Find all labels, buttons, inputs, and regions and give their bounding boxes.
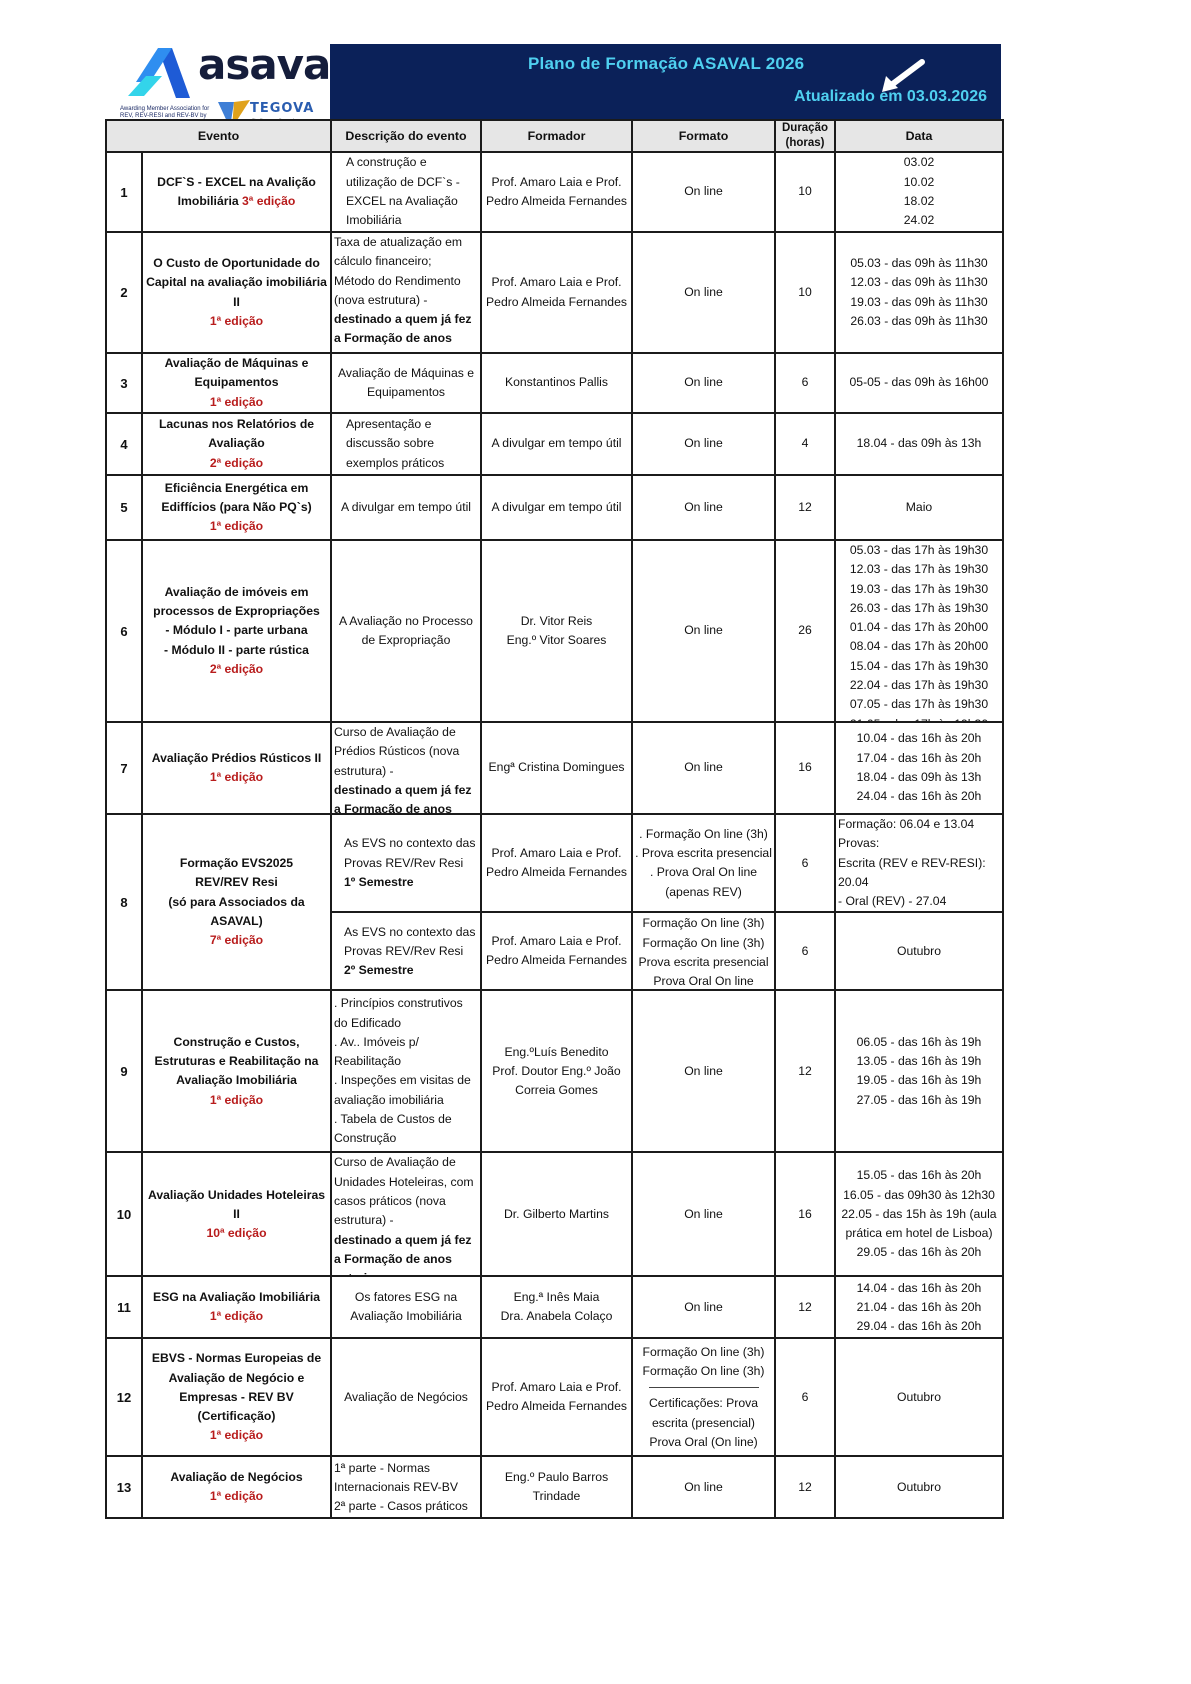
- format-line: . Formação On line (3h): [635, 825, 772, 844]
- event-number: 11: [106, 1276, 142, 1338]
- date-line: 03.02: [838, 153, 1000, 172]
- description-line: As EVS no contexto das Provas REV/Rev Re…: [344, 834, 478, 873]
- description-text: . Princípios construtivos do Edificado. …: [334, 994, 478, 1148]
- description-line: Taxa de atualização em cálculo financeir…: [334, 233, 478, 272]
- event-number: 10: [106, 1152, 142, 1276]
- description-highlight: destinado a quem já fez a Formação de an…: [334, 1231, 478, 1276]
- date-line: 16.05 - das 09h30 às 12h30: [838, 1186, 1000, 1205]
- event-title: Formação EVS2025REV/REV Resi(só para Ass…: [142, 814, 331, 990]
- event-description: As EVS no contexto das Provas REV/Rev Re…: [331, 912, 481, 990]
- edition-label: 1ª edição: [145, 312, 328, 331]
- date-line: 29.04 - das 16h às 20h: [838, 1317, 1000, 1336]
- trainer-line: Engª Cristina Domingues: [484, 758, 629, 777]
- format-line: On line: [635, 182, 772, 201]
- header-banner: Plano de Formação ASAVAL 2026 Atualizado…: [330, 44, 1001, 120]
- trainer-line: Prof. Amaro Laia e Prof. Pedro Almeida F…: [484, 1378, 629, 1417]
- edition-label: 7ª edição: [145, 931, 328, 950]
- duration: 12: [775, 1276, 835, 1338]
- event-number: 1: [106, 152, 142, 232]
- event-title: Avaliação de Negócios1ª edição: [142, 1456, 331, 1518]
- trainer-line: Konstantinos Pallis: [484, 373, 629, 392]
- asaval-logo: asaval Awarding Member Association for R…: [118, 44, 328, 128]
- table-row: 5Eficiência Energética em Ediffícios (pa…: [106, 475, 1003, 540]
- description-line: 1ª parte - Normas Internacionais REV-BV: [334, 1459, 478, 1498]
- trainer-line: A divulgar em tempo útil: [484, 434, 629, 453]
- event-title-line: - Módulo II - parte rústica: [145, 641, 328, 660]
- description-line: . Inspeções em visitas de avaliação imob…: [334, 1071, 478, 1110]
- date-line: 22.04 - das 17h às 19h30: [838, 676, 1000, 695]
- event-description: Apresentação e discussão sobre exemplos …: [331, 413, 481, 475]
- date-line: 19.05 - das 16h às 19h: [838, 1071, 1000, 1090]
- event-number: 9: [106, 990, 142, 1152]
- event-title: Eficiência Energética em Ediffícios (par…: [142, 475, 331, 540]
- trainer: Prof. Amaro Laia e Prof. Pedro Almeida F…: [481, 912, 632, 990]
- table-row: 2O Custo de Oportunidade do Capital na a…: [106, 232, 1003, 353]
- format: On line: [632, 1152, 775, 1276]
- format: On line: [632, 990, 775, 1152]
- trainer: Konstantinos Pallis: [481, 353, 632, 413]
- trainer: Eng.º Paulo Barros Trindade: [481, 1456, 632, 1518]
- event-title-line: - Módulo I - parte urbana: [145, 621, 328, 640]
- date-line: 24.04 - das 16h às 20h: [838, 787, 1000, 806]
- description-line: . Tabela de Custos de Construção: [334, 1110, 478, 1149]
- date-line: - Oral (REV) - 27.04: [838, 892, 1000, 911]
- description-line: Avaliação de Máquinas e Equipamentos: [334, 364, 478, 403]
- event-title-line: Eficiência Energética em Ediffícios (par…: [145, 479, 328, 518]
- dates-list: Maio: [838, 498, 1000, 517]
- date-line: 22.05 - das 15h às 19h (aula prática em …: [838, 1205, 1000, 1244]
- event-number: 7: [106, 722, 142, 814]
- trainer: Dr. Gilberto Martins: [481, 1152, 632, 1276]
- description-line: 2ª parte - Casos práticos: [334, 1497, 478, 1516]
- event-description: Curso de Avaliação de Unidades Hoteleira…: [331, 1152, 481, 1276]
- trainer: Engª Cristina Domingues: [481, 722, 632, 814]
- trainer: A divulgar em tempo útil: [481, 413, 632, 475]
- dates: 10.04 - das 16h às 20h17.04 - das 16h às…: [835, 722, 1003, 814]
- date-line: 18.02: [838, 192, 1000, 211]
- duration: 16: [775, 722, 835, 814]
- date-line: 26.03 - das 17h às 19h30: [838, 599, 1000, 618]
- event-description: Curso de Avaliação de Prédios Rústicos (…: [331, 722, 481, 814]
- description-line: Avaliação de Negócios: [334, 1388, 478, 1407]
- edition-label: 1ª edição: [145, 1487, 328, 1506]
- table-row: 8Formação EVS2025REV/REV Resi(só para As…: [106, 814, 1003, 912]
- description-line: . Princípios construtivos do Edificado: [334, 994, 478, 1033]
- logo-subtitle: Awarding Member Association for REV, REV…: [120, 106, 220, 120]
- event-title-line: ESG na Avaliação Imobiliária: [145, 1288, 328, 1307]
- dates-list: 06.05 - das 16h às 19h13.05 - das 16h às…: [838, 1033, 1000, 1110]
- format-text: . Formação On line (3h). Prova escrita p…: [635, 825, 772, 902]
- description-line: As EVS no contexto das Provas REV/Rev Re…: [344, 923, 478, 962]
- format-line: On line: [635, 1298, 772, 1317]
- format-line: Prova Oral (On line): [635, 1433, 772, 1452]
- format-line: On line: [635, 283, 772, 302]
- table-row: 11ESG na Avaliação Imobiliária1ª ediçãoO…: [106, 1276, 1003, 1338]
- dates-list: 10.04 - das 16h às 20h17.04 - das 16h às…: [838, 729, 1000, 806]
- dates: Outubro: [835, 912, 1003, 990]
- edition-label: 1ª edição: [145, 393, 328, 412]
- column-header-evento: Evento: [106, 120, 331, 152]
- date-line: 07.05 - das 17h às 19h30: [838, 695, 1000, 714]
- asaval-logo-mark-icon: [128, 48, 190, 98]
- dates: 06.05 - das 16h às 19h13.05 - das 16h às…: [835, 990, 1003, 1152]
- dates: 03.0210.0218.0224.02: [835, 152, 1003, 232]
- description-text: A Avaliação no Processo de Expropriação: [334, 612, 478, 651]
- format-line: On line: [635, 621, 772, 640]
- event-number: 3: [106, 353, 142, 413]
- event-description: A construção e utilização de DCF`s - EXC…: [331, 152, 481, 232]
- duration: 16: [775, 1152, 835, 1276]
- format-line: Formação On line (3h): [635, 914, 772, 933]
- duration: 6: [775, 912, 835, 990]
- dates: Outubro: [835, 1456, 1003, 1518]
- format-text: Formação On line (3h)Formação On line (3…: [635, 914, 772, 988]
- logo-text: asaval: [198, 40, 344, 89]
- description-text: A divulgar em tempo útil: [334, 498, 478, 517]
- trainer-line: Eng.º Vitor Soares: [484, 631, 629, 650]
- format-line: On line: [635, 373, 772, 392]
- format-line: On line: [635, 498, 772, 517]
- table-header-row: Evento Descrição do evento Formador Form…: [106, 120, 1003, 152]
- column-header-data: Data: [835, 120, 1003, 152]
- trainer: Prof. Amaro Laia e Prof. Pedro Almeida F…: [481, 152, 632, 232]
- trainer-line: Eng.ª Inês Maia: [484, 1288, 629, 1307]
- event-title: Avaliação de Máquinas e Equipamentos1ª e…: [142, 353, 331, 413]
- date-line: 17.04 - das 16h às 20h: [838, 749, 1000, 768]
- format-line: On line: [635, 1205, 772, 1224]
- trainer: Dr. Vitor ReisEng.º Vitor Soares: [481, 540, 632, 722]
- description-text: As EVS no contexto das Provas REV/Rev Re…: [344, 923, 478, 981]
- event-title: EBVS - Normas Europeias de Avaliação de …: [142, 1338, 331, 1456]
- format-line: Prova Oral On line: [635, 972, 772, 988]
- format: On line: [632, 475, 775, 540]
- edition-label: 2ª edição: [145, 454, 328, 473]
- edition-label: 1ª edição: [145, 1091, 328, 1110]
- dates-list: 15.05 - das 16h às 20h16.05 - das 09h30 …: [838, 1166, 1000, 1262]
- date-line: 06.05 - das 16h às 19h: [838, 1033, 1000, 1052]
- table-row: 13Avaliação de Negócios1ª edição1ª parte…: [106, 1456, 1003, 1518]
- date-line: Maio: [838, 498, 1000, 517]
- table-row: 10Avaliação Unidades Hoteleiras II10ª ed…: [106, 1152, 1003, 1276]
- duration: 12: [775, 1456, 835, 1518]
- description-line: . Av.. Imóveis p/ Reabilitação: [334, 1033, 478, 1072]
- trainer-line: Dr. Gilberto Martins: [484, 1205, 629, 1224]
- table-row: 1DCF`S - EXCEL na Avalição Imobiliária 3…: [106, 152, 1003, 232]
- event-title: DCF`S - EXCEL na Avalição Imobiliária 3ª…: [142, 152, 331, 232]
- event-title: ESG na Avaliação Imobiliária1ª edição: [142, 1276, 331, 1338]
- date-line: 10.04 - das 16h às 20h: [838, 729, 1000, 748]
- trainer-line: Dr. Vitor Reis: [484, 612, 629, 631]
- format: On line: [632, 540, 775, 722]
- date-line: 18.04 - das 09h às 13h: [838, 434, 1000, 453]
- date-line: 20.04: [838, 873, 1000, 892]
- duration: 26: [775, 540, 835, 722]
- trainer-line: Dra. Anabela Colaço: [484, 1307, 629, 1326]
- event-title-line: O Custo de Oportunidade do Capital na av…: [145, 254, 328, 312]
- event-description: . Princípios construtivos do Edificado. …: [331, 990, 481, 1152]
- description-text: Avaliação de Máquinas e Equipamentos: [334, 364, 478, 403]
- description-text: As EVS no contexto das Provas REV/Rev Re…: [344, 834, 478, 892]
- trainer-line: Prof. Amaro Laia e Prof. Pedro Almeida F…: [484, 844, 629, 883]
- trainer-line: Prof. Amaro Laia e Prof. Pedro Almeida F…: [484, 273, 629, 312]
- event-title-line: Avaliação Unidades Hoteleiras II: [145, 1186, 328, 1225]
- event-title-line: Formação EVS2025: [145, 854, 328, 873]
- duration: 6: [775, 353, 835, 413]
- format-line: . Prova escrita presencial: [635, 844, 772, 863]
- trainer: Prof. Amaro Laia e Prof. Pedro Almeida F…: [481, 814, 632, 912]
- format: On line: [632, 232, 775, 353]
- format-line: On line: [635, 758, 772, 777]
- event-number: 13: [106, 1456, 142, 1518]
- dates-list: 18.04 - das 09h às 13h: [838, 434, 1000, 453]
- trainer: Eng.ª Inês MaiaDra. Anabela Colaço: [481, 1276, 632, 1338]
- date-line: 21.05 - das 17h às 19h30: [838, 715, 1000, 721]
- date-line: 05.03 - das 09h às 11h30: [838, 254, 1000, 273]
- event-number: 2: [106, 232, 142, 353]
- trainer-line: Prof. Amaro Laia e Prof. Pedro Almeida F…: [484, 932, 629, 971]
- edition-label: 1ª edição: [145, 1307, 328, 1326]
- format-line: On line: [635, 1062, 772, 1081]
- event-number: 4: [106, 413, 142, 475]
- duration: 12: [775, 990, 835, 1152]
- date-line: Formação: 06.04 e 13.04: [838, 815, 1000, 834]
- description-highlight: destinado a quem já fez a Formação de an…: [334, 310, 478, 352]
- description-line: Curso de Avaliação de Unidades Hoteleira…: [334, 1153, 478, 1230]
- event-description: Taxa de atualização em cálculo financeir…: [331, 232, 481, 353]
- format: On line: [632, 152, 775, 232]
- event-title-line: Avaliação de imóveis em processos de Exp…: [145, 583, 328, 622]
- trainer-line: Eng.ºLuís Benedito: [484, 1043, 629, 1062]
- event-title-line: REV/REV Resi: [145, 873, 328, 892]
- dates: 15.05 - das 16h às 20h16.05 - das 09h30 …: [835, 1152, 1003, 1276]
- date-line: 10.02: [838, 173, 1000, 192]
- training-plan-table: Evento Descrição do evento Formador Form…: [105, 119, 1004, 1519]
- description-line: Os fatores ESG na Avaliação Imobiliária: [334, 1288, 478, 1327]
- date-line: 29.05 - das 16h às 20h: [838, 1243, 1000, 1262]
- column-header-duracao: Duração (horas): [775, 120, 835, 152]
- format-line: Certificações: Prova escrita (presencial…: [635, 1394, 772, 1433]
- dates-list: 03.0210.0218.0224.02: [838, 153, 1000, 230]
- dates: Maio: [835, 475, 1003, 540]
- event-title: Construção e Custos, Estruturas e Reabil…: [142, 990, 331, 1152]
- format: On line: [632, 413, 775, 475]
- duration: 6: [775, 814, 835, 912]
- date-line: 08.04 - das 17h às 20h00: [838, 637, 1000, 656]
- training-plan-page: asaval Awarding Member Association for R…: [0, 0, 1191, 1684]
- dates: 14.04 - das 16h às 20h21.04 - das 16h às…: [835, 1276, 1003, 1338]
- dates: 18.04 - das 09h às 13h: [835, 413, 1003, 475]
- trainer: Prof. Amaro Laia e Prof. Pedro Almeida F…: [481, 1338, 632, 1456]
- dates: 05-05 - das 09h às 16h00: [835, 353, 1003, 413]
- description-highlight: 1º Semestre: [344, 873, 478, 892]
- description-line: Método do Rendimento (nova estrutura) -: [334, 272, 478, 311]
- trainer: Eng.ºLuís BeneditoProf. Doutor Eng.º Joã…: [481, 990, 632, 1152]
- description-highlight: 2º Semestre: [344, 961, 478, 980]
- dates: 05.03 - das 09h às 11h3012.03 - das 09h …: [835, 232, 1003, 353]
- date-line: 26.03 - das 09h às 11h30: [838, 312, 1000, 331]
- description-line: A construção e utilização de DCF`s - EXC…: [346, 153, 478, 230]
- event-title: Avaliação Prédios Rústicos II1ª edição: [142, 722, 331, 814]
- format: Formação On line (3h)Formação On line (3…: [632, 912, 775, 990]
- column-header-formador: Formador: [481, 120, 632, 152]
- date-line: 27.05 - das 16h às 19h: [838, 1091, 1000, 1110]
- event-description: 1ª parte - Normas Internacionais REV-BV2…: [331, 1456, 481, 1518]
- description-text: Taxa de atualização em cálculo financeir…: [334, 233, 478, 352]
- date-line: 19.03 - das 09h às 11h30: [838, 293, 1000, 312]
- description-text: 1ª parte - Normas Internacionais REV-BV2…: [334, 1459, 478, 1517]
- description-line: Apresentação e discussão sobre exemplos …: [346, 415, 478, 473]
- format: On line: [632, 353, 775, 413]
- column-header-formato: Formato: [632, 120, 775, 152]
- event-description: As EVS no contexto das Provas REV/Rev Re…: [331, 814, 481, 912]
- date-line: 14.04 - das 16h às 20h: [838, 1279, 1000, 1298]
- description-text: A construção e utilização de DCF`s - EXC…: [346, 153, 478, 230]
- dates-list: 05.03 - das 17h às 19h3012.03 - das 17h …: [838, 541, 1000, 721]
- dates-list: Outubro: [838, 1478, 1000, 1497]
- partner-logo-text: TEGOVA: [250, 101, 314, 116]
- table-row: 7Avaliação Prédios Rústicos II1ª ediçãoC…: [106, 722, 1003, 814]
- date-line: Outubro: [838, 1388, 1000, 1407]
- trainer: A divulgar em tempo útil: [481, 475, 632, 540]
- duration: 12: [775, 475, 835, 540]
- dates-list: 05-05 - das 09h às 16h00: [838, 373, 1000, 392]
- description-highlight: destinado a quem já fez a Formação de an…: [334, 781, 478, 813]
- event-number: 5: [106, 475, 142, 540]
- duration: 10: [775, 232, 835, 353]
- dates: Outubro: [835, 1338, 1003, 1456]
- description-line: A Avaliação no Processo de Expropriação: [334, 612, 478, 651]
- description-text: Curso de Avaliação de Prédios Rústicos (…: [334, 723, 478, 813]
- duration: 4: [775, 413, 835, 475]
- event-title-line: Avaliação de Máquinas e Equipamentos: [145, 354, 328, 393]
- date-line: Escrita (REV e REV-RESI):: [838, 854, 1000, 873]
- date-line: 05-05 - das 09h às 16h00: [838, 373, 1000, 392]
- edition-label: 2ª edição: [145, 660, 328, 679]
- event-title: Lacunas nos Relatórios de Avaliação2ª ed…: [142, 413, 331, 475]
- date-line: Provas:: [838, 834, 1000, 853]
- format: On line: [632, 722, 775, 814]
- date-line: Outubro: [838, 1478, 1000, 1497]
- date-line: 13.05 - das 16h às 19h: [838, 1052, 1000, 1071]
- description-line: A divulgar em tempo útil: [334, 498, 478, 517]
- date-line: 24.02: [838, 211, 1000, 230]
- event-description: A Avaliação no Processo de Expropriação: [331, 540, 481, 722]
- date-line: 18.04 - das 09h às 13h: [838, 768, 1000, 787]
- duration: 6: [775, 1338, 835, 1456]
- event-title-line: Avaliação de Negócios: [145, 1468, 328, 1487]
- event-description: A divulgar em tempo útil: [331, 475, 481, 540]
- event-description: Os fatores ESG na Avaliação Imobiliária: [331, 1276, 481, 1338]
- format-line: . Prova Oral On line (apenas REV): [635, 863, 772, 902]
- format: Formação On line (3h)Formação On line (3…: [632, 1338, 775, 1456]
- dates: Formação: 06.04 e 13.04Provas:Escrita (R…: [835, 814, 1003, 912]
- table-row: 9Construção e Custos, Estruturas e Reabi…: [106, 990, 1003, 1152]
- date-line: 21.04 - das 16h às 20h: [838, 1298, 1000, 1317]
- dates-list: 14.04 - das 16h às 20h21.04 - das 16h às…: [838, 1279, 1000, 1337]
- dates: 05.03 - das 17h às 19h3012.03 - das 17h …: [835, 540, 1003, 722]
- format-line: Formação On line (3h): [635, 1343, 772, 1362]
- event-title-line: (só para Associados da ASAVAL): [145, 893, 328, 932]
- format: On line: [632, 1456, 775, 1518]
- format-line: Prova escrita presencial: [635, 953, 772, 972]
- page-title: Plano de Formação ASAVAL 2026: [528, 54, 804, 74]
- edition-label: 1ª edição: [145, 768, 328, 787]
- description-line: Curso de Avaliação de Prédios Rústicos (…: [334, 723, 478, 781]
- format: . Formação On line (3h). Prova escrita p…: [632, 814, 775, 912]
- column-header-descricao: Descrição do evento: [331, 120, 481, 152]
- format-line: On line: [635, 1478, 772, 1497]
- event-title-line: EBVS - Normas Europeias de Avaliação de …: [145, 1349, 328, 1426]
- event-title: Avaliação de imóveis em processos de Exp…: [142, 540, 331, 722]
- event-number: 8: [106, 814, 142, 990]
- dates-list: Outubro: [838, 1388, 1000, 1407]
- table-row: 4Lacunas nos Relatórios de Avaliação2ª e…: [106, 413, 1003, 475]
- event-title: Avaliação Unidades Hoteleiras II10ª ediç…: [142, 1152, 331, 1276]
- description-text: Avaliação de Negócios: [334, 1388, 478, 1407]
- table-row: 3Avaliação de Máquinas e Equipamentos1ª …: [106, 353, 1003, 413]
- trainer: Prof. Amaro Laia e Prof. Pedro Almeida F…: [481, 232, 632, 353]
- trainer-line: A divulgar em tempo útil: [484, 498, 629, 517]
- date-line: 15.04 - das 17h às 19h30: [838, 657, 1000, 676]
- edition-label: 1ª edição: [145, 517, 328, 536]
- description-text: Curso de Avaliação de Unidades Hoteleira…: [334, 1153, 478, 1275]
- format-divider: [649, 1387, 759, 1388]
- table-row: 12EBVS - Normas Europeias de Avaliação d…: [106, 1338, 1003, 1456]
- trainer-line: Eng.º Paulo Barros Trindade: [484, 1468, 629, 1507]
- event-description: Avaliação de Máquinas e Equipamentos: [331, 353, 481, 413]
- event-title: O Custo de Oportunidade do Capital na av…: [142, 232, 331, 353]
- trainer-line: Prof. Doutor Eng.º João Correia Gomes: [484, 1062, 629, 1101]
- updated-date: Atualizado em 03.03.2026: [794, 88, 987, 106]
- edition-label: 10ª edição: [145, 1224, 328, 1243]
- table-row: 6Avaliação de imóveis em processos de Ex…: [106, 540, 1003, 722]
- description-text: Apresentação e discussão sobre exemplos …: [346, 415, 478, 473]
- event-title-line: Avaliação Prédios Rústicos II: [145, 749, 328, 768]
- event-number: 12: [106, 1338, 142, 1456]
- edition-label: 3ª edição: [242, 194, 295, 208]
- date-line: 12.03 - das 09h às 11h30: [838, 273, 1000, 292]
- format-line: On line: [635, 434, 772, 453]
- format-line: Formação On line (3h): [635, 934, 772, 953]
- date-line: Outubro: [838, 942, 1000, 961]
- event-title-line: Construção e Custos, Estruturas e Reabil…: [145, 1033, 328, 1091]
- format: On line: [632, 1276, 775, 1338]
- format-line: Formação On line (3h): [635, 1362, 772, 1381]
- trainer-line: Prof. Amaro Laia e Prof. Pedro Almeida F…: [484, 173, 629, 212]
- date-line: 15.05 - das 16h às 20h: [838, 1166, 1000, 1185]
- description-text: Os fatores ESG na Avaliação Imobiliária: [334, 1288, 478, 1327]
- event-description: Avaliação de Negócios: [331, 1338, 481, 1456]
- duration: 10: [775, 152, 835, 232]
- event-title-line: Lacunas nos Relatórios de Avaliação: [145, 415, 328, 454]
- date-line: 05.03 - das 17h às 19h30: [838, 541, 1000, 560]
- event-number: 6: [106, 540, 142, 722]
- date-line: 01.04 - das 17h às 20h00: [838, 618, 1000, 637]
- edition-label: 1ª edição: [145, 1426, 328, 1445]
- dates-list: 05.03 - das 09h às 11h3012.03 - das 09h …: [838, 254, 1000, 331]
- date-line: 12.03 - das 17h às 19h30: [838, 560, 1000, 579]
- date-line: 19.03 - das 17h às 19h30: [838, 580, 1000, 599]
